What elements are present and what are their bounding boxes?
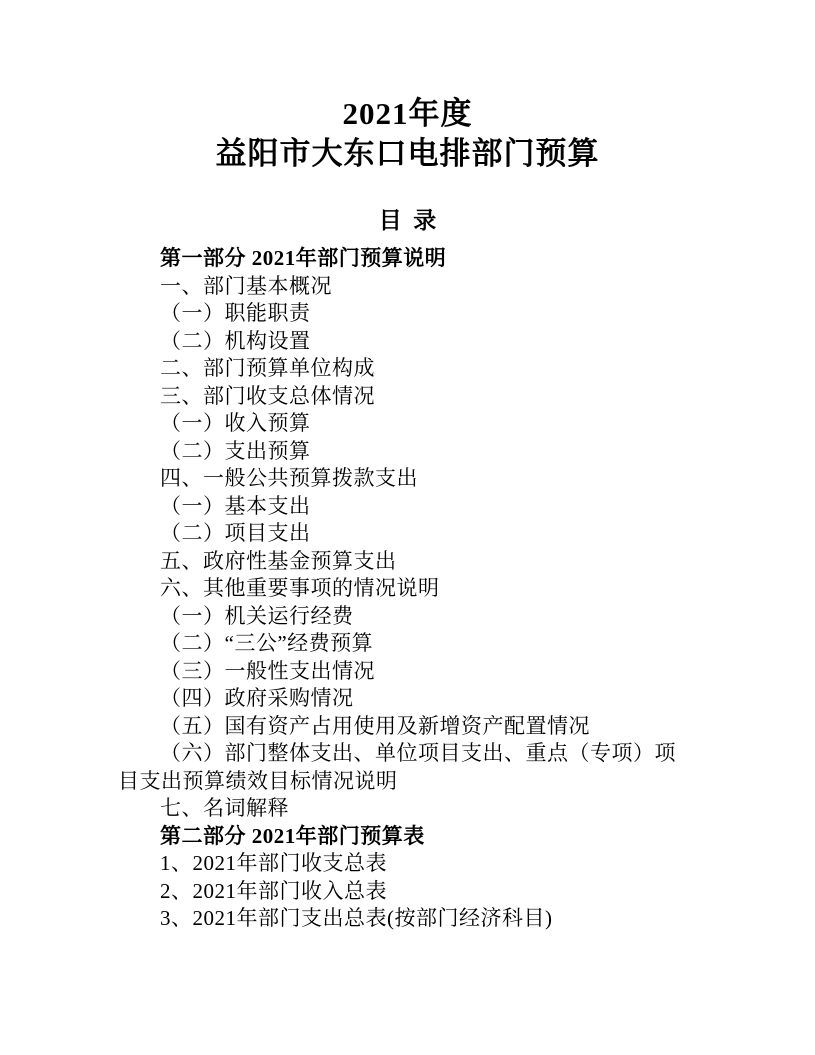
document-content: 2021年度 益阳市大东口电排部门预算 目 录 第一部分 2021年部门预算说明… [0,94,815,933]
toc-item: （一）职能职责 [118,300,697,328]
toc-list: 第一部分 2021年部门预算说明 一、部门基本概况 （一）职能职责 （二）机构设… [118,245,697,933]
toc-item: 2、2021年部门收入总表 [118,878,697,906]
toc-item: （二）项目支出 [118,520,697,548]
toc-item: （二）机构设置 [118,328,697,356]
document-title: 2021年度 益阳市大东口电排部门预算 [118,94,697,174]
toc-item-continuation: 目支出预算绩效目标情况说明 [118,768,697,796]
toc-item: 一、部门基本概况 [118,273,697,301]
toc-heading: 目 录 [118,206,697,236]
toc-item: （二）“三公”经费预算 [118,630,697,658]
toc-item: 七、名词解释 [118,795,697,823]
toc-item: （五）国有资产占用使用及新增资产配置情况 [118,713,697,741]
toc-item: 二、部门预算单位构成 [118,355,697,383]
toc-item: （四）政府采购情况 [118,685,697,713]
toc-item: 三、部门收支总体情况 [118,383,697,411]
toc-part-heading: 第二部分 2021年部门预算表 [118,823,697,851]
toc-item: （一）基本支出 [118,493,697,521]
title-department: 益阳市大东口电排部门预算 [118,134,697,174]
toc-item: 五、政府性基金预算支出 [118,548,697,576]
toc-item: 1、2021年部门收支总表 [118,850,697,878]
toc-item: 六、其他重要事项的情况说明 [118,575,697,603]
toc-item: （三）一般性支出情况 [118,658,697,686]
document-page: 2021年度 益阳市大东口电排部门预算 目 录 第一部分 2021年部门预算说明… [0,0,815,1055]
toc-item: （一）机关运行经费 [118,603,697,631]
toc-item: 四、一般公共预算拨款支出 [118,465,697,493]
title-year: 2021年度 [118,94,697,134]
toc-part-heading: 第一部分 2021年部门预算说明 [118,245,697,273]
toc-item: （二）支出预算 [118,438,697,466]
toc-item: 3、2021年部门支出总表(按部门经济科目) [118,905,697,933]
toc-item: （一）收入预算 [118,410,697,438]
toc-item: （六）部门整体支出、单位项目支出、重点（专项）项 [118,740,697,768]
